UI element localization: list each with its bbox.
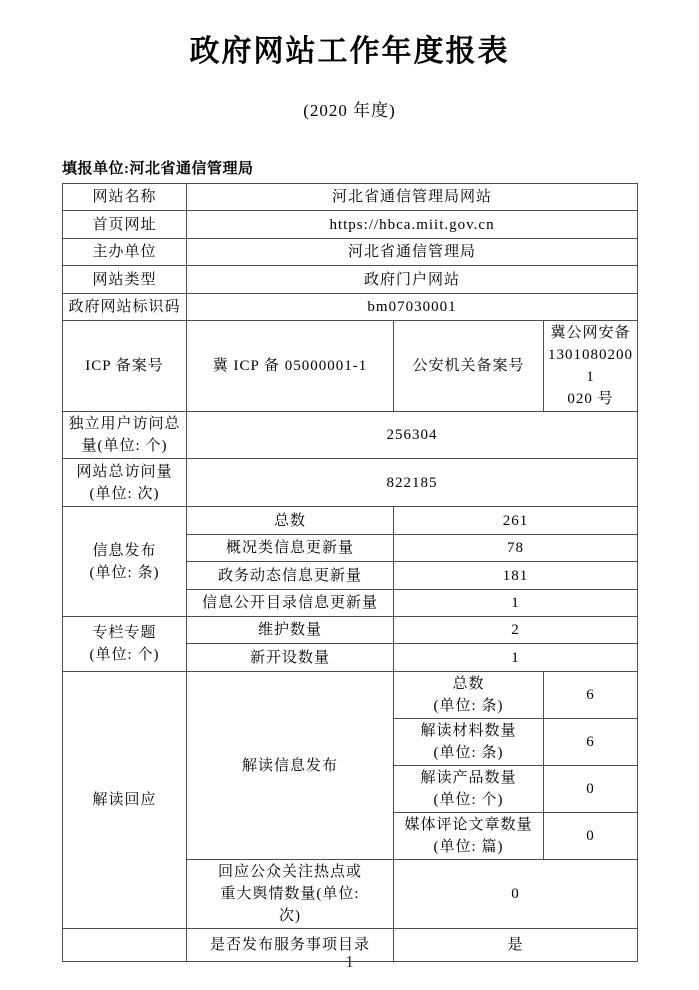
interp-materials-value: 6 [544,719,638,766]
open-directory-updates-label: 信息公开目录信息更新量 [187,590,394,617]
site-type-label: 网站类型 [63,266,187,294]
homepage-url-label: 首页网址 [63,211,187,239]
document-page: 政府网站工作年度报表 (2020 年度) 填报单位:河北省通信管理局 网站名称 … [0,0,699,990]
site-id-label: 政府网站标识码 [63,294,187,321]
info-total-value: 261 [394,507,638,535]
site-type-value: 政府门户网站 [187,266,638,294]
open-directory-updates-value: 1 [394,590,638,617]
icp-value: 冀 ICP 备 05000001-1 [187,321,394,412]
table-row: ICP 备案号 冀 ICP 备 05000001-1 公安机关备案号 冀公网安备… [63,321,638,412]
homepage-url-value: https://hbca.miit.gov.cn [187,211,638,239]
special-topics-group-label: 专栏专题 (单位: 个) [63,617,187,672]
interp-products-value: 0 [544,766,638,813]
interpretation-publish-label: 解读信息发布 [187,672,394,860]
interp-total-value: 6 [544,672,638,719]
gov-news-updates-label: 政务动态信息更新量 [187,562,394,590]
overview-updates-value: 78 [394,535,638,562]
table-row: 解读回应 解读信息发布 总数 (单位: 条) 6 [63,672,638,719]
interp-total-label: 总数 (单位: 条) [394,672,544,719]
gov-news-updates-value: 181 [394,562,638,590]
maintained-count-label: 维护数量 [187,617,394,644]
icp-label: ICP 备案号 [63,321,187,412]
table-row: 政府网站标识码 bm07030001 [63,294,638,321]
annual-report-table: 网站名称 河北省通信管理局网站 首页网址 https://hbca.miit.g… [62,183,638,962]
host-org-value: 河北省通信管理局 [187,239,638,266]
total-visits-label: 网站总访问量 (单位: 次) [63,459,187,507]
site-name-label: 网站名称 [63,184,187,211]
public-response-value: 0 [394,860,638,929]
interp-materials-label: 解读材料数量 (单位: 条) [394,719,544,766]
page-title: 政府网站工作年度报表 [0,0,699,70]
overview-updates-label: 概况类信息更新量 [187,535,394,562]
media-articles-label: 媒体评论文章数量 (单位: 篇) [394,813,544,860]
interpretation-group-label: 解读回应 [63,672,187,929]
new-count-label: 新开设数量 [187,644,394,672]
info-total-label: 总数 [187,507,394,535]
table-row: 网站名称 河北省通信管理局网站 [63,184,638,211]
site-id-value: bm07030001 [187,294,638,321]
page-number: 1 [0,952,699,972]
new-count-value: 1 [394,644,638,672]
site-name-value: 河北省通信管理局网站 [187,184,638,211]
total-visits-value: 822185 [187,459,638,507]
police-filing-value: 冀公网安备 13010802001 020 号 [544,321,638,412]
reporting-unit-label: 填报单位:河北省通信管理局 [62,157,254,178]
interp-products-label: 解读产品数量 (单位: 个) [394,766,544,813]
table-row: 专栏专题 (单位: 个) 维护数量 2 [63,617,638,644]
table-row: 主办单位 河北省通信管理局 [63,239,638,266]
public-response-label: 回应公众关注热点或 重大舆情数量(单位: 次) [187,860,394,929]
host-org-label: 主办单位 [63,239,187,266]
maintained-count-value: 2 [394,617,638,644]
page-subtitle: (2020 年度) [0,96,699,121]
table-row: 独立用户访问总 量(单位: 个) 256304 [63,412,638,459]
table-row: 首页网址 https://hbca.miit.gov.cn [63,211,638,239]
police-filing-label: 公安机关备案号 [394,321,544,412]
unique-visitors-value: 256304 [187,412,638,459]
table-row: 网站类型 政府门户网站 [63,266,638,294]
info-publish-group-label: 信息发布 (单位: 条) [63,507,187,617]
unique-visitors-label: 独立用户访问总 量(单位: 个) [63,412,187,459]
media-articles-value: 0 [544,813,638,860]
table-row: 网站总访问量 (单位: 次) 822185 [63,459,638,507]
table-row: 信息发布 (单位: 条) 总数 261 [63,507,638,535]
